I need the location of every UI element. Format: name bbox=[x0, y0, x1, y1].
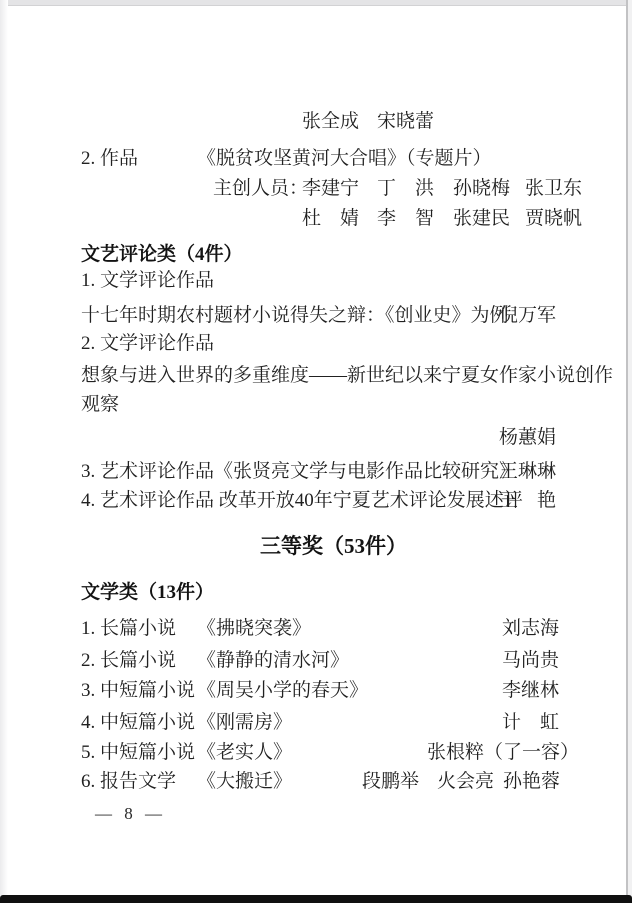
entry-5-novella-segment-0: 5. 中短篇小说 bbox=[81, 742, 195, 764]
scan-bottom-edge bbox=[0, 895, 632, 903]
creators-continued-segment-0: 张全成 bbox=[302, 111, 359, 133]
entry-1-novel-segment-1: 《拂晓突袭》 bbox=[197, 618, 311, 640]
entry-1-novel-segment-0: 1. 长篇小说 bbox=[81, 618, 176, 640]
entry-5-novella-segment-1: 《老实人》 bbox=[197, 742, 292, 764]
entry-4-art-criticism-segment-1: 王 艳 bbox=[499, 490, 556, 512]
entry-4-novella-segment-0: 4. 中短篇小说 bbox=[81, 712, 195, 734]
author-yang-huijuan-segment-0: 杨蕙娟 bbox=[499, 427, 556, 449]
creators-line-2-segment-2: 张建民 bbox=[453, 208, 510, 230]
scan-top-edge bbox=[0, 0, 632, 6]
creators-continued-segment-1: 宋晓蕾 bbox=[377, 111, 434, 133]
creators-line-1-segment-4: 张卫东 bbox=[525, 178, 582, 200]
entry-6-reportage-segment-4: 孙艳蓉 bbox=[503, 771, 560, 793]
entry-3-novella-segment-2: 李继林 bbox=[502, 680, 559, 702]
document-content: 张全成宋晓蕾2. 作品《脱贫攻坚黄河大合唱》（专题片）主创人员：李建宁丁 洪孙晓… bbox=[0, 0, 632, 903]
entry-3-art-criticism-segment-1: 王琳琳 bbox=[499, 461, 556, 483]
entry-5-novella: 5. 中短篇小说《老实人》张根粹（了一容） bbox=[0, 742, 632, 766]
section-art-criticism-segment-0: 文艺评论类（4件） bbox=[81, 244, 243, 266]
creators-line-1-segment-2: 丁 洪 bbox=[377, 178, 434, 200]
entry-1-literary-criticism-segment-0: 1. 文学评论作品 bbox=[81, 270, 214, 292]
scan-right-edge bbox=[626, 0, 628, 903]
entry-4-art-criticism-segment-0: 4. 艺术评论作品 改革开放40年宁夏艺术评论发展述评 bbox=[81, 490, 523, 512]
entry-4-art-criticism: 4. 艺术评论作品 改革开放40年宁夏艺术评论发展述评王 艳 bbox=[0, 490, 632, 514]
creators-line-2-segment-3: 贾晓帆 bbox=[525, 208, 582, 230]
entry-2-work: 2. 作品《脱贫攻坚黄河大合唱》（专题片） bbox=[0, 148, 632, 172]
entry-3-art-criticism-segment-0: 3. 艺术评论作品《张贤亮文学与电影作品比较研究》 bbox=[81, 461, 518, 483]
creators-line-1: 主创人员：李建宁丁 洪孙晓梅张卫东 bbox=[0, 178, 632, 202]
entry-6-reportage-segment-2: 段鹏举 bbox=[362, 771, 419, 793]
creators-line-1-segment-3: 孙晓梅 bbox=[453, 178, 510, 200]
page-number-segment-0: — 8 — bbox=[95, 803, 166, 825]
entry-6-reportage-segment-0: 6. 报告文学 bbox=[81, 771, 176, 793]
title-shiqinian-segment-0: 十七年时期农村题材小说得失之辩：《创业史》为例 bbox=[81, 305, 509, 327]
heading-third-prize-segment-0: 三等奖（53件） bbox=[260, 535, 407, 557]
entry-3-novella-segment-0: 3. 中短篇小说 bbox=[81, 680, 195, 702]
entry-6-reportage: 6. 报告文学《大搬迁》段鹏举火会亮孙艳蓉 bbox=[0, 771, 632, 795]
entry-4-novella-segment-1: 《刚需房》 bbox=[197, 712, 292, 734]
creators-line-2-segment-0: 杜 婧 bbox=[302, 208, 359, 230]
entry-3-art-criticism: 3. 艺术评论作品《张贤亮文学与电影作品比较研究》王琳琳 bbox=[0, 461, 632, 485]
entry-5-novella-segment-2: 张根粹（了一容） bbox=[427, 742, 579, 764]
entry-3-novella: 3. 中短篇小说《周吴小学的春天》李继林 bbox=[0, 680, 632, 704]
title-shiqinian: 十七年时期农村题材小说得失之辩：《创业史》为例倪万军 bbox=[0, 305, 632, 329]
entry-2-novel-segment-0: 2. 长篇小说 bbox=[81, 650, 176, 672]
entry-2-novel-segment-2: 马尚贵 bbox=[502, 650, 559, 672]
entry-6-reportage-segment-1: 《大搬迁》 bbox=[197, 771, 292, 793]
entry-3-novella-segment-1: 《周吴小学的春天》 bbox=[197, 680, 368, 702]
creators-line-2: 杜 婧李 智张建民贾晓帆 bbox=[0, 208, 632, 232]
creators-line-1-segment-1: 李建宁 bbox=[302, 178, 359, 200]
scan-left-edge bbox=[0, 0, 8, 903]
entry-2-novel-segment-1: 《静静的清水河》 bbox=[197, 650, 349, 672]
section-literature-segment-0: 文学类（13件） bbox=[81, 582, 214, 604]
entry-4-novella: 4. 中短篇小说《刚需房》计 虹 bbox=[0, 712, 632, 736]
entry-2-work-segment-1: 《脱贫攻坚黄河大合唱》（专题片） bbox=[197, 148, 492, 170]
scan-right-outer-margin bbox=[628, 0, 632, 903]
entry-2-literary-criticism: 2. 文学评论作品 bbox=[0, 333, 632, 357]
entry-2-work-segment-0: 2. 作品 bbox=[81, 148, 138, 170]
entry-2-novel: 2. 长篇小说《静静的清水河》马尚贵 bbox=[0, 650, 632, 674]
entry-6-reportage-segment-3: 火会亮 bbox=[437, 771, 494, 793]
section-literature: 文学类（13件） bbox=[0, 582, 632, 606]
title-xiangxiang-line2-segment-0: 观察 bbox=[81, 394, 119, 416]
title-shiqinian-segment-1: 倪万军 bbox=[499, 305, 556, 327]
entry-4-novella-segment-2: 计 虹 bbox=[502, 712, 559, 734]
page-number: — 8 — bbox=[0, 803, 632, 827]
heading-third-prize: 三等奖（53件） bbox=[0, 535, 632, 559]
creators-continued: 张全成宋晓蕾 bbox=[0, 111, 632, 135]
author-yang-huijuan: 杨蕙娟 bbox=[0, 427, 632, 451]
entry-2-literary-criticism-segment-0: 2. 文学评论作品 bbox=[81, 333, 214, 355]
entry-1-novel: 1. 长篇小说《拂晓突袭》刘志海 bbox=[0, 618, 632, 642]
section-art-criticism: 文艺评论类（4件） bbox=[0, 244, 632, 268]
title-xiangxiang-line2: 观察 bbox=[0, 394, 632, 418]
creators-line-1-segment-0: 主创人员： bbox=[213, 178, 308, 200]
creators-line-2-segment-1: 李 智 bbox=[377, 208, 434, 230]
entry-1-novel-segment-2: 刘志海 bbox=[502, 618, 559, 640]
scanned-page: 张全成宋晓蕾2. 作品《脱贫攻坚黄河大合唱》（专题片）主创人员：李建宁丁 洪孙晓… bbox=[0, 0, 632, 903]
title-xiangxiang-line1-segment-0: 想象与进入世界的多重维度——新世纪以来宁夏女作家小说创作 bbox=[81, 365, 613, 387]
entry-1-literary-criticism: 1. 文学评论作品 bbox=[0, 270, 632, 294]
title-xiangxiang-line1: 想象与进入世界的多重维度——新世纪以来宁夏女作家小说创作 bbox=[0, 365, 632, 389]
